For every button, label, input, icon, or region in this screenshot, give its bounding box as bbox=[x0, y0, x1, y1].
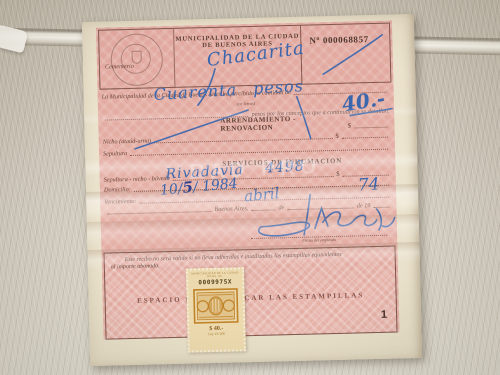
notice-line1: Este recibo no será válido si no lleva a… bbox=[125, 252, 342, 263]
seal-arc-text bbox=[111, 40, 161, 41]
currency-sign: $ bbox=[336, 171, 339, 178]
dotted-leader bbox=[130, 148, 388, 156]
handwritten-year: 74 bbox=[357, 175, 380, 196]
notice-line2: al importe abonado. bbox=[111, 263, 160, 270]
photo-of-receipt: { "colors": { "wall": "#c9c2b4", "paper_… bbox=[0, 0, 500, 375]
number-cell: Nº 000068857 bbox=[300, 24, 390, 84]
stamp-emblem-icon bbox=[192, 287, 239, 324]
dotted-leader bbox=[251, 208, 275, 211]
vencimiento-label: Vencimiento: bbox=[104, 198, 136, 206]
stamp-law: Ley 19.108 bbox=[208, 332, 224, 336]
stamp-top-text: MUNICIPALIDAD DE LA CIUDAD DE BS. AS. bbox=[190, 271, 240, 278]
number-value: 000068857 bbox=[323, 34, 369, 45]
domicilio-label: Domicilio: bbox=[104, 186, 131, 194]
validity-notice: Este recibo no será válido si no lleva a… bbox=[111, 251, 389, 272]
date-city-label: Buenos Aires, bbox=[214, 205, 248, 213]
dotted-leader bbox=[354, 126, 387, 129]
nicho-label: Nicho (ataúd-urna) bbox=[103, 137, 151, 145]
page-number: 1 bbox=[381, 309, 387, 321]
cementerio-label: Cementerio bbox=[105, 63, 134, 71]
receipt-number: Nº 000068857 bbox=[309, 34, 369, 45]
currency-sign: $ bbox=[335, 133, 338, 140]
dotted-leader bbox=[287, 207, 354, 211]
dotted-leader bbox=[373, 206, 389, 208]
expiry-day: 10/ bbox=[159, 181, 183, 199]
receipt-paper: MUNICIPALIDAD DE LA CIUDAD DE BUENOS AIR… bbox=[82, 14, 422, 366]
signature-stroke bbox=[323, 211, 377, 227]
seal-cell bbox=[99, 29, 175, 89]
dotted-leader bbox=[342, 136, 388, 139]
fiscal-stamp: MUNICIPALIDAD DE LA CIUDAD DE BS. AS. 00… bbox=[186, 267, 246, 352]
sepultura-label: Sepultura bbox=[103, 150, 127, 158]
municipal-seal-icon bbox=[110, 33, 163, 86]
handwritten-month: abril bbox=[243, 184, 280, 205]
stamp-serial: 0009975X bbox=[198, 279, 232, 287]
section-arrendamiento-title: ARRENDAMIENTO - RENOVACION bbox=[220, 114, 342, 133]
dotted-leader bbox=[154, 137, 332, 143]
currency-sign: $ bbox=[348, 123, 351, 130]
stamp-space-box: Este recibo no será válido si no lleva a… bbox=[103, 246, 397, 340]
date-de2-label: de 19 bbox=[357, 202, 371, 209]
signature-stroke bbox=[314, 208, 327, 228]
date-de1-label: de bbox=[278, 204, 284, 211]
stamp-space-caption: ESPACIO PARA COLOCAR LAS ESTAMPILLAS bbox=[106, 291, 396, 306]
number-label: Nº bbox=[309, 35, 320, 45]
dotted-leader bbox=[108, 210, 212, 215]
printed-area: MUNICIPALIDAD DE LA CIUDAD DE BUENOS AIR… bbox=[96, 21, 400, 340]
